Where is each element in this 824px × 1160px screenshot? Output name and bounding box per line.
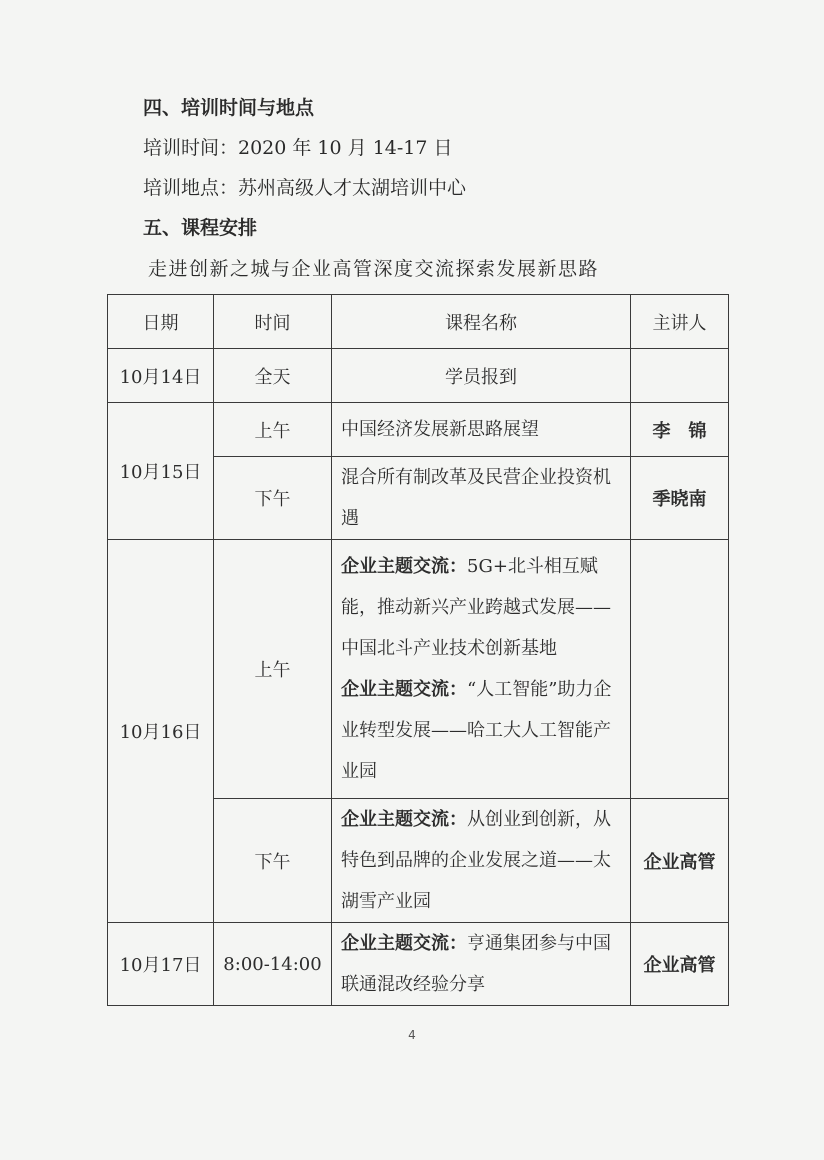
date-cell: 10月17日 xyxy=(108,923,214,1006)
speaker-cell: 李 锦 xyxy=(631,403,729,457)
date-cell: 10月16日 xyxy=(108,540,214,923)
training-location: 培训地点：苏州高级人才太湖培训中心 xyxy=(143,176,466,200)
header-course: 课程名称 xyxy=(332,295,631,349)
course-topic-label: 企业主题交流： xyxy=(341,679,467,700)
table-row: 10月15日 上午 中国经济发展新思路展望 李 锦 xyxy=(108,403,729,457)
speaker-cell xyxy=(631,540,729,799)
course-cell: 企业主题交流：从创业到创新，从特色到品牌的企业发展之道——太湖雪产业园 xyxy=(332,799,631,923)
time-cell: 下午 xyxy=(214,457,332,540)
table-row: 10月14日 全天 学员报到 xyxy=(108,349,729,403)
speaker-cell: 企业高管 xyxy=(631,923,729,1006)
course-subtitle: 走进创新之城与企业高管深度交流探索发展新思路 xyxy=(148,257,599,281)
header-speaker: 主讲人 xyxy=(631,295,729,349)
table-row: 10月16日 上午 企业主题交流：5G+北斗相互赋能，推动新兴产业跨越式发展——… xyxy=(108,540,729,799)
course-schedule-table: 日期 时间 课程名称 主讲人 10月14日 全天 学员报到 10月15日 上午 … xyxy=(107,294,729,1006)
time-cell: 上午 xyxy=(214,403,332,457)
section-4-heading: 四、培训时间与地点 xyxy=(143,96,314,120)
date-cell: 10月14日 xyxy=(108,349,214,403)
date-cell: 10月15日 xyxy=(108,403,214,540)
table-row: 10月17日 8:00-14:00 企业主题交流：亨通集团参与中国联通混改经验分… xyxy=(108,923,729,1006)
speaker-cell xyxy=(631,349,729,403)
header-time: 时间 xyxy=(214,295,332,349)
table-header-row: 日期 时间 课程名称 主讲人 xyxy=(108,295,729,349)
time-cell: 全天 xyxy=(214,349,332,403)
course-topic-label: 企业主题交流： xyxy=(341,809,467,830)
page-number: 4 xyxy=(0,1028,824,1042)
course-topic-label: 企业主题交流： xyxy=(341,933,467,954)
training-time: 培训时间：2020 年 10 月 14-17 日 xyxy=(143,136,453,160)
speaker-cell: 季晓南 xyxy=(631,457,729,540)
header-date: 日期 xyxy=(108,295,214,349)
time-cell: 上午 xyxy=(214,540,332,799)
time-cell: 8:00-14:00 xyxy=(214,923,332,1006)
course-cell: 混合所有制改革及民营企业投资机遇 xyxy=(332,457,631,540)
speaker-cell: 企业高管 xyxy=(631,799,729,923)
course-cell: 学员报到 xyxy=(332,349,631,403)
course-cell: 企业主题交流：5G+北斗相互赋能，推动新兴产业跨越式发展——中国北斗产业技术创新… xyxy=(332,540,631,799)
course-topic-label: 企业主题交流： xyxy=(341,556,467,577)
course-cell: 企业主题交流：亨通集团参与中国联通混改经验分享 xyxy=(332,923,631,1006)
section-5-heading: 五、课程安排 xyxy=(143,216,257,240)
course-cell: 中国经济发展新思路展望 xyxy=(332,403,631,457)
time-cell: 下午 xyxy=(214,799,332,923)
